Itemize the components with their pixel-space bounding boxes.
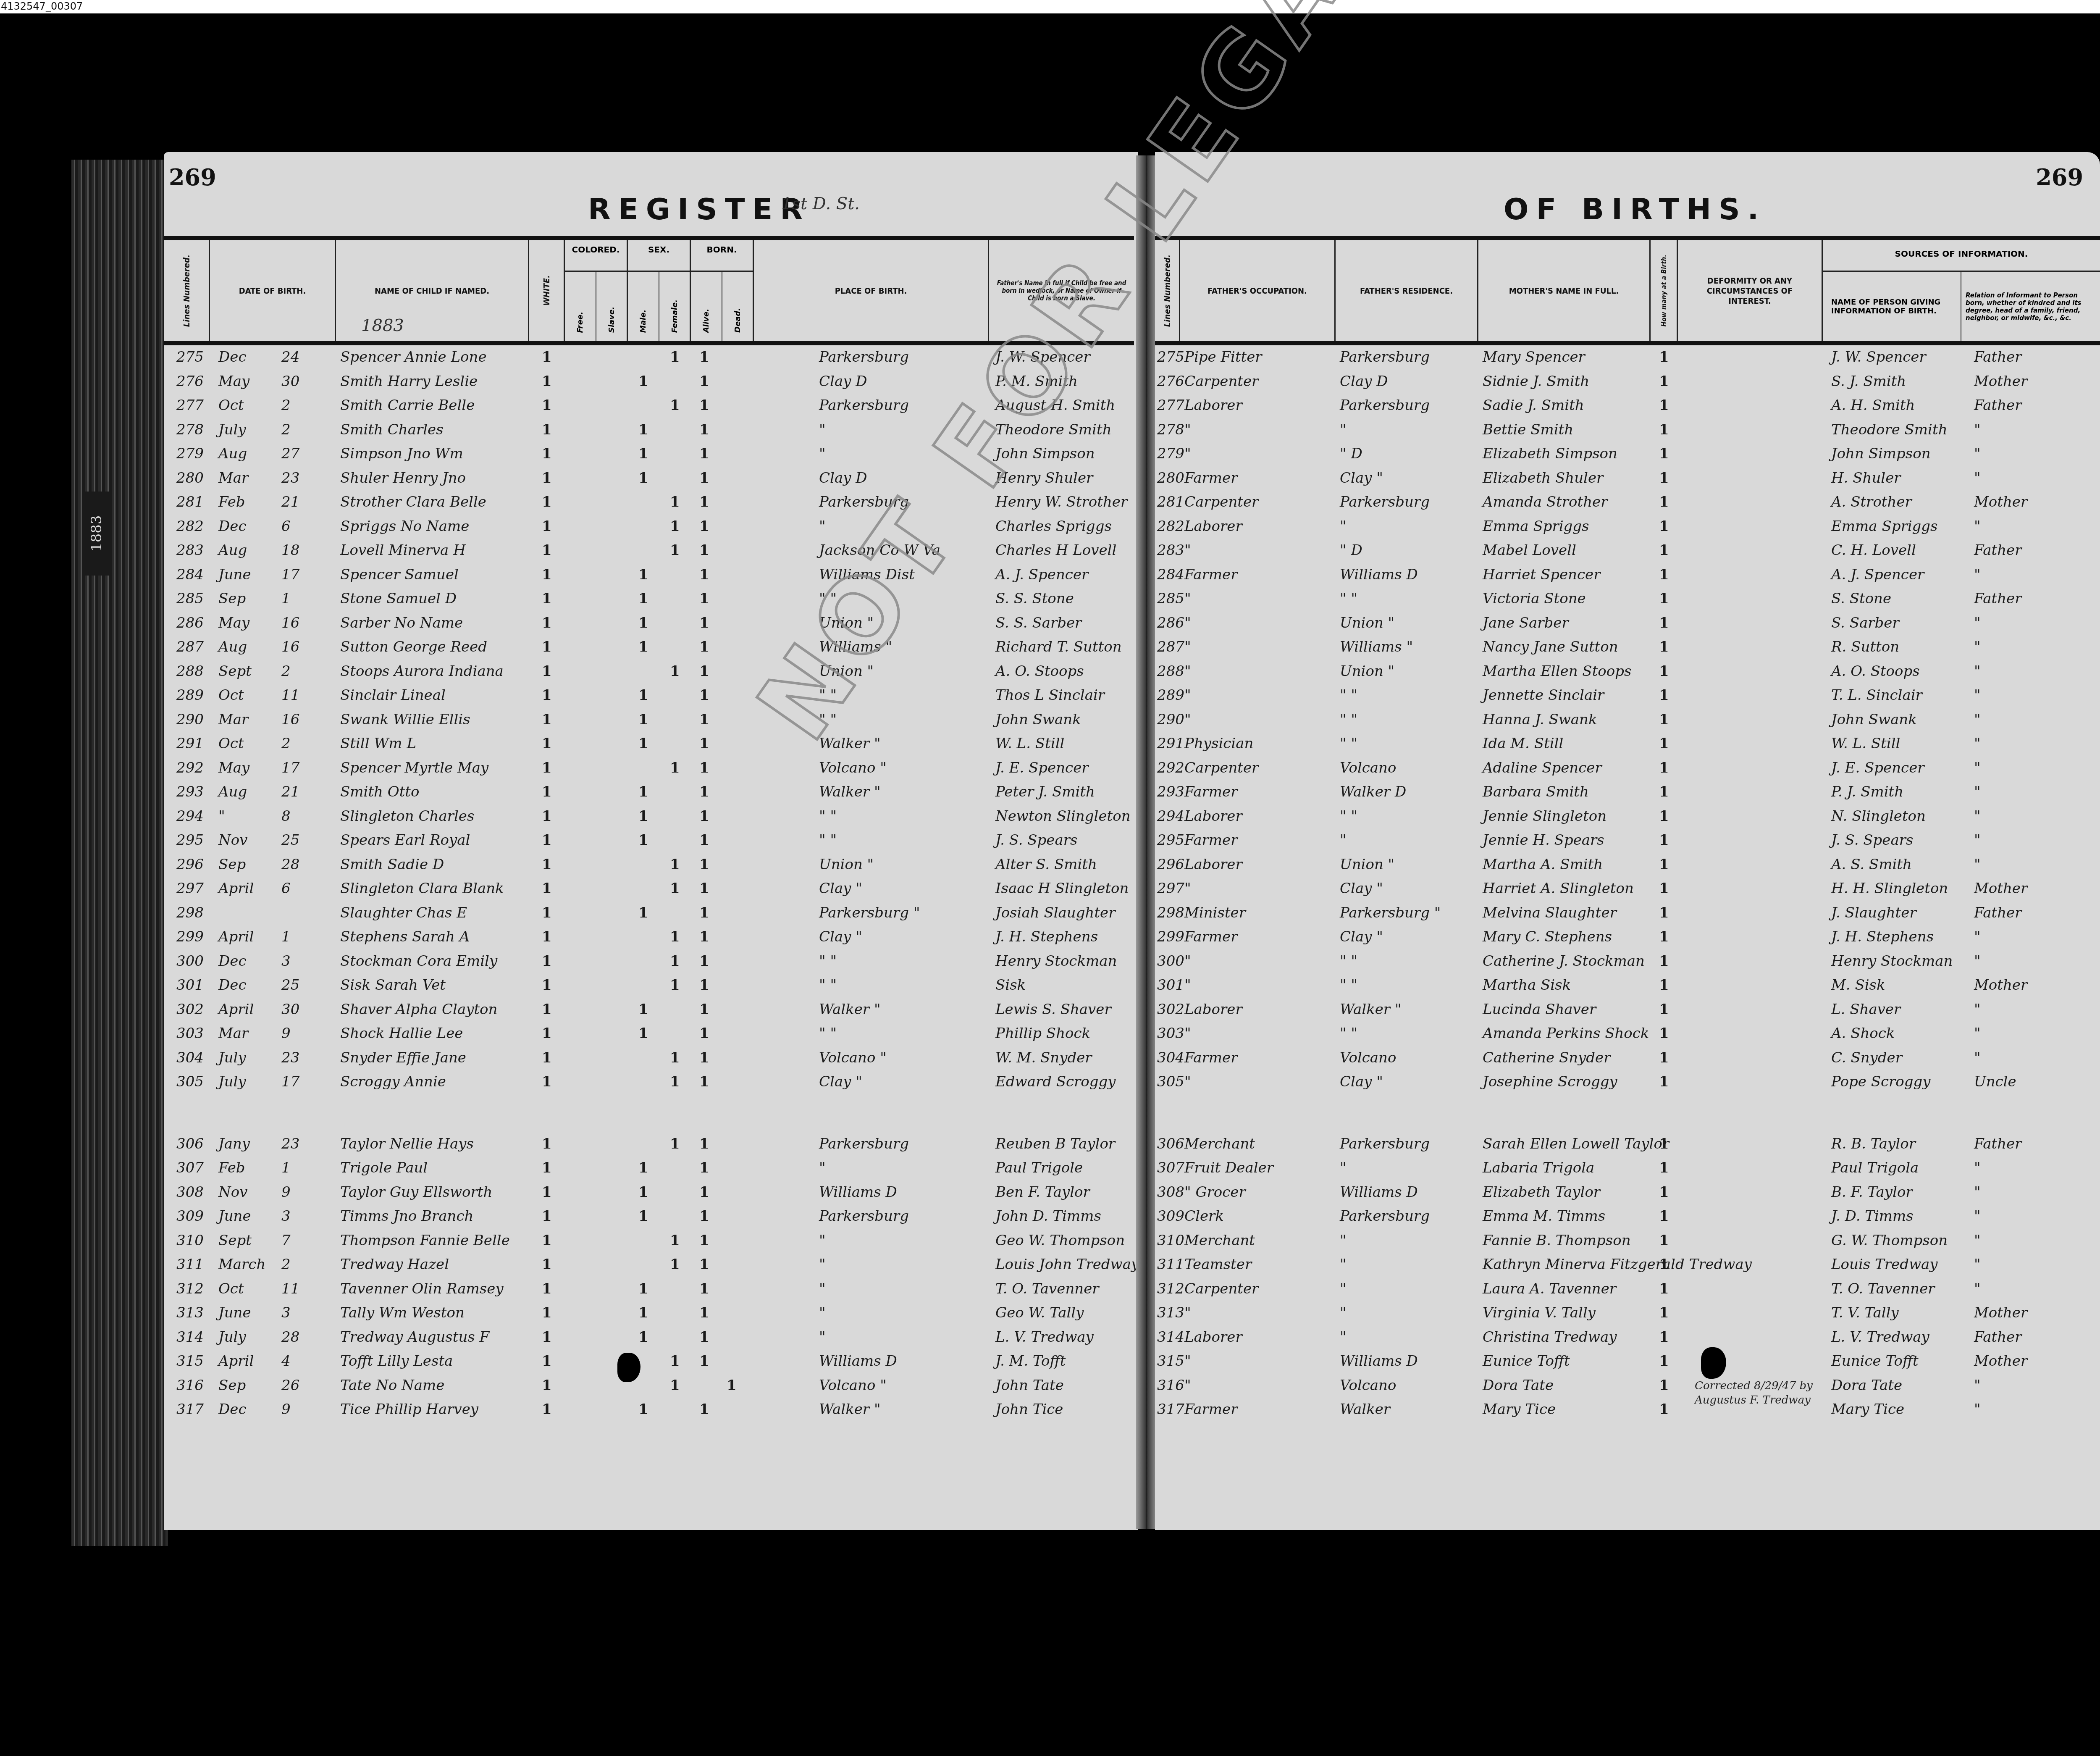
cell-informant-name: T. O. Tavenner xyxy=(1831,1280,1935,1297)
cell-line-number: 277 xyxy=(1157,397,1184,414)
cell-child-name: Smith Harry Leslie xyxy=(340,373,478,390)
cell-child-name: Smith Carrie Belle xyxy=(340,397,475,414)
cell-father-name: S. S. Stone xyxy=(995,590,1074,607)
cell-mother-name: Sadie J. Smith xyxy=(1483,397,1584,414)
cell-line-number: 300 xyxy=(176,953,204,970)
cell-informant-name: L. V. Tredway xyxy=(1831,1329,1929,1346)
cell-born-alive: 1 xyxy=(699,1136,709,1152)
cell-informant-relation: " xyxy=(1974,928,1981,945)
cell-birth-month: Dec xyxy=(218,518,246,535)
cell-place-of-birth: " xyxy=(819,1280,826,1297)
cell-white: 1 xyxy=(542,711,552,728)
cell-line-number: 302 xyxy=(1157,1001,1184,1018)
cell-white: 1 xyxy=(542,1280,552,1297)
cell-birth-month: Dec xyxy=(218,349,246,365)
cell-mother-name: Elizabeth Simpson xyxy=(1483,445,1617,462)
cell-mother-name: Nancy Jane Sutton xyxy=(1483,639,1618,655)
cell-father-occupation: Farmer xyxy=(1184,470,1237,486)
cell-child-name: Smith Otto xyxy=(340,783,419,800)
cell-birth-month: Dec xyxy=(218,1401,246,1418)
cell-sex-male: 1 xyxy=(638,373,648,390)
cell-father-name: Charles H Lovell xyxy=(995,542,1116,559)
cell-informant-relation: Mother xyxy=(1974,1304,2027,1321)
cell-line-number: 306 xyxy=(176,1136,204,1152)
cell-white: 1 xyxy=(542,832,552,849)
cell-sex-male: 1 xyxy=(638,445,648,462)
cell-white: 1 xyxy=(542,1377,552,1394)
cell-birth-day: 9 xyxy=(281,1025,291,1042)
cell-informant-relation: Father xyxy=(1974,349,2022,365)
cell-line-number: 284 xyxy=(1157,566,1184,583)
right-header-row: Lines Numbered. FATHER'S OCCUPATION. FAT… xyxy=(1155,236,2100,345)
cell-white: 1 xyxy=(542,615,552,631)
cell-white: 1 xyxy=(542,760,552,776)
cell-born-alive: 1 xyxy=(699,590,709,607)
cell-births-count: 1 xyxy=(1659,470,1669,486)
cell-born-alive: 1 xyxy=(699,639,709,655)
cell-informant-relation: Father xyxy=(1974,397,2022,414)
cell-informant-name: John Swank xyxy=(1831,711,1917,728)
cell-father-residence: " xyxy=(1340,1256,1347,1273)
cell-born-alive: 1 xyxy=(699,1256,709,1273)
cell-mother-name: Elizabeth Taylor xyxy=(1483,1184,1600,1201)
cell-mother-name: Harriet Spencer xyxy=(1483,566,1600,583)
cell-line-number: 309 xyxy=(1157,1208,1184,1225)
cell-birth-day: 7 xyxy=(281,1232,291,1249)
cell-place-of-birth: Walker " xyxy=(819,1001,881,1018)
cell-sex-female: 1 xyxy=(670,397,680,414)
cell-born-dead: 1 xyxy=(727,1377,737,1394)
cell-birth-day: 30 xyxy=(281,1001,299,1018)
cell-line-number: 291 xyxy=(176,735,204,752)
cell-sex-male: 1 xyxy=(638,1329,648,1346)
cell-place-of-birth: " xyxy=(819,518,826,535)
cell-born-alive: 1 xyxy=(699,735,709,752)
cell-births-count: 1 xyxy=(1659,760,1669,776)
cell-father-name: Geo W. Tally xyxy=(995,1304,1084,1321)
cell-father-residence: Parkersburg xyxy=(1340,1208,1430,1225)
cell-child-name: Spencer Annie Lone xyxy=(340,349,487,365)
cell-child-name: Thompson Fannie Belle xyxy=(340,1232,510,1249)
cell-informant-name: J. D. Timms xyxy=(1831,1208,1914,1225)
header-female: Female. xyxy=(659,271,691,341)
cell-birth-month: Feb xyxy=(218,494,245,510)
cell-child-name: Taylor Nellie Hays xyxy=(340,1136,474,1152)
cell-father-occupation: " xyxy=(1184,687,1191,704)
cell-father-residence: Union " xyxy=(1340,663,1394,680)
cell-informant-relation: " xyxy=(1974,1025,1981,1042)
cell-birth-day: 17 xyxy=(281,566,299,583)
cell-line-number: 311 xyxy=(1157,1256,1184,1273)
cell-father-name: T. O. Tavenner xyxy=(995,1280,1099,1297)
cell-informant-relation: " xyxy=(1974,783,1981,800)
cell-birth-day: 9 xyxy=(281,1401,291,1418)
cell-place-of-birth: Clay " xyxy=(819,1073,862,1090)
cell-birth-month: Aug xyxy=(218,542,247,559)
cell-line-number: 283 xyxy=(176,542,204,559)
cell-father-residence: " " xyxy=(1340,735,1357,752)
cell-informant-name: S. J. Smith xyxy=(1831,373,1906,390)
cell-born-alive: 1 xyxy=(699,470,709,486)
book-edge-left xyxy=(71,160,168,1546)
cell-child-name: Tate No Name xyxy=(340,1377,444,1394)
cell-father-name: Thos L Sinclair xyxy=(995,687,1105,704)
cell-white: 1 xyxy=(542,808,552,825)
cell-father-name: John Tice xyxy=(995,1401,1063,1418)
cell-line-number: 314 xyxy=(176,1329,204,1346)
cell-child-name: Spears Earl Royal xyxy=(340,832,470,849)
cell-white: 1 xyxy=(542,639,552,655)
cell-child-name: Simpson Jno Wm xyxy=(340,445,463,462)
cell-white: 1 xyxy=(542,566,552,583)
cell-white: 1 xyxy=(542,1208,552,1225)
cell-mother-name: Dora Tate xyxy=(1483,1377,1554,1394)
cell-place-of-birth: Volcano " xyxy=(819,1377,887,1394)
cell-child-name: Tally Wm Weston xyxy=(340,1304,465,1321)
cell-line-number: 316 xyxy=(1157,1377,1184,1394)
cell-born-alive: 1 xyxy=(699,904,709,921)
cell-line-number: 306 xyxy=(1157,1136,1184,1152)
cell-born-alive: 1 xyxy=(699,1329,709,1346)
cell-birth-day: 24 xyxy=(281,349,299,365)
cell-mother-name: Jennie H. Spears xyxy=(1483,832,1604,849)
cell-births-count: 1 xyxy=(1659,856,1669,873)
cell-line-number: 288 xyxy=(1157,663,1184,680)
cell-father-name: Isaac H Slingleton xyxy=(995,880,1129,897)
cell-father-occupation: Minister xyxy=(1184,904,1246,921)
cell-informant-name: L. Shaver xyxy=(1831,1001,1900,1018)
cell-informant-name: S. Stone xyxy=(1831,590,1891,607)
cell-father-residence: Clay " xyxy=(1340,1073,1383,1090)
cell-mother-name: Ida M. Still xyxy=(1483,735,1563,752)
header-white: WHITE. xyxy=(529,240,565,341)
cell-father-residence: Williams D xyxy=(1340,1184,1418,1201)
cell-sex-female: 1 xyxy=(670,1073,680,1090)
cell-informant-name: S. Sarber xyxy=(1831,615,1899,631)
cell-white: 1 xyxy=(542,880,552,897)
cell-line-number: 285 xyxy=(176,590,204,607)
cell-father-residence: " xyxy=(1340,1280,1347,1297)
cell-line-number: 292 xyxy=(1157,760,1184,776)
cell-birth-day: 28 xyxy=(281,856,299,873)
cell-line-number: 292 xyxy=(176,760,204,776)
cell-sex-male: 1 xyxy=(638,904,648,921)
cell-place-of-birth: Volcano " xyxy=(819,760,887,776)
cell-line-number: 278 xyxy=(176,421,204,438)
cell-mother-name: Mary C. Stephens xyxy=(1483,928,1612,945)
cell-white: 1 xyxy=(542,928,552,945)
cell-child-name: Scroggy Annie xyxy=(340,1073,446,1090)
cell-born-alive: 1 xyxy=(699,711,709,728)
cell-line-number: 317 xyxy=(1157,1401,1184,1418)
cell-child-name: Trigole Paul xyxy=(340,1159,428,1176)
cell-informant-relation: " xyxy=(1974,445,1981,462)
cell-father-occupation: Farmer xyxy=(1184,928,1237,945)
title-annotation: 1st D. St. xyxy=(781,194,860,213)
cell-place-of-birth: Parkersburg xyxy=(819,1208,909,1225)
header-relation: Relation of Informant to Person born, wh… xyxy=(1961,271,2100,341)
cell-child-name: Spencer Samuel xyxy=(340,566,459,583)
cell-births-count: 1 xyxy=(1659,711,1669,728)
cell-line-number: 310 xyxy=(1157,1232,1184,1249)
cell-births-count: 1 xyxy=(1659,590,1669,607)
cell-line-number: 303 xyxy=(176,1025,204,1042)
cell-line-number: 283 xyxy=(1157,542,1184,559)
cell-birth-day: 2 xyxy=(281,735,291,752)
cell-mother-name: Martha Sisk xyxy=(1483,977,1571,994)
cell-informant-name: Paul Trigola xyxy=(1831,1159,1919,1176)
cell-line-number: 275 xyxy=(1157,349,1184,365)
cell-births-count: 1 xyxy=(1659,977,1669,994)
cell-sex-female: 1 xyxy=(670,928,680,945)
cell-white: 1 xyxy=(542,977,552,994)
book-gutter xyxy=(1136,155,1157,1529)
cell-mother-name: Catherine Snyder xyxy=(1483,1049,1610,1066)
cell-birth-day: 6 xyxy=(281,880,291,897)
cell-line-number: 297 xyxy=(176,880,204,897)
cell-births-count: 1 xyxy=(1659,808,1669,825)
cell-father-residence: " " xyxy=(1340,1025,1357,1042)
right-page: 269 OF BIRTHS. Lines Numbered. FATHER'S … xyxy=(1155,152,2100,1530)
cell-born-alive: 1 xyxy=(699,832,709,849)
cell-birth-month: Sept xyxy=(218,663,252,680)
cell-father-residence: Parkersburg xyxy=(1340,397,1430,414)
cell-births-count: 1 xyxy=(1659,1232,1669,1249)
cell-child-name: Slingleton Clara Blank xyxy=(340,880,504,897)
cell-birth-month: April xyxy=(218,880,254,897)
cell-birth-month: Aug xyxy=(218,445,247,462)
cell-child-name: Slaughter Chas E xyxy=(340,904,467,921)
cell-birth-month: May xyxy=(218,615,249,631)
cell-informant-relation: " xyxy=(1974,953,1981,970)
cell-father-occupation: " Grocer xyxy=(1184,1184,1246,1201)
cell-white: 1 xyxy=(542,1025,552,1042)
cell-mother-name: Virginia V. Tally xyxy=(1483,1304,1596,1321)
cell-informant-relation: " xyxy=(1974,735,1981,752)
cell-father-name: J. S. Spears xyxy=(995,832,1077,849)
cell-informant-name: A. Strother xyxy=(1831,494,1912,510)
cell-birth-day: 23 xyxy=(281,470,299,486)
cell-white: 1 xyxy=(542,590,552,607)
cell-line-number: 281 xyxy=(176,494,204,510)
image-label-bar: 4132547_00307 xyxy=(0,0,2100,13)
cell-informant-relation: Father xyxy=(1974,904,2022,921)
cell-birth-month: Dec xyxy=(218,977,246,994)
cell-child-name: Stockman Cora Emily xyxy=(340,953,497,970)
cell-birth-month: July xyxy=(218,1049,246,1066)
header-dead: Dead. xyxy=(722,271,754,341)
cell-father-residence: Parkersburg xyxy=(1340,494,1430,510)
cell-sex-male: 1 xyxy=(638,1159,648,1176)
cell-line-number: 288 xyxy=(176,663,204,680)
cell-sex-male: 1 xyxy=(638,590,648,607)
cell-line-number: 316 xyxy=(176,1377,204,1394)
cell-sex-male: 1 xyxy=(638,808,648,825)
cell-father-name: Newton Slingleton xyxy=(995,808,1131,825)
cell-line-number: 309 xyxy=(176,1208,204,1225)
cell-father-occupation: " xyxy=(1184,977,1191,994)
cell-born-alive: 1 xyxy=(699,1073,709,1090)
cell-informant-name: J. W. Spencer xyxy=(1831,349,1926,365)
cell-birth-month: Aug xyxy=(218,783,247,800)
cell-mother-name: Sidnie J. Smith xyxy=(1483,373,1589,390)
cell-birth-day: 23 xyxy=(281,1136,299,1152)
cell-birth-month: Aug xyxy=(218,639,247,655)
cell-child-name: Snyder Effie Jane xyxy=(340,1049,466,1066)
cell-line-number: 312 xyxy=(176,1280,204,1297)
header-year: 1883 xyxy=(361,316,404,335)
cell-births-count: 1 xyxy=(1659,783,1669,800)
cell-line-number: 294 xyxy=(1157,808,1184,825)
cell-born-alive: 1 xyxy=(699,349,709,365)
cell-father-residence: " xyxy=(1340,421,1347,438)
cell-white: 1 xyxy=(542,470,552,486)
cell-father-residence: Parkersburg xyxy=(1340,349,1430,365)
cell-child-name: Slingleton Charles xyxy=(340,808,474,825)
cell-white: 1 xyxy=(542,1073,552,1090)
cell-informant-name: R. B. Taylor xyxy=(1831,1136,1916,1152)
header-sources-group: SOURCES OF INFORMATION. NAME OF PERSON G… xyxy=(1823,240,2100,341)
cell-mother-name: Elizabeth Shuler xyxy=(1483,470,1603,486)
cell-white: 1 xyxy=(542,1232,552,1249)
cell-father-residence: " " xyxy=(1340,711,1357,728)
cell-place-of-birth: Union " xyxy=(819,856,874,873)
cell-born-alive: 1 xyxy=(699,856,709,873)
cell-informant-name: N. Slingleton xyxy=(1831,808,1926,825)
cell-father-residence: " xyxy=(1340,1329,1347,1346)
cell-births-count: 1 xyxy=(1659,1159,1669,1176)
cell-born-alive: 1 xyxy=(699,1159,709,1176)
cell-father-name: Reuben B Taylor xyxy=(995,1136,1115,1152)
cell-father-occupation: Pipe Fitter xyxy=(1184,349,1262,365)
cell-father-occupation: " xyxy=(1184,1025,1191,1042)
cell-father-occupation: Farmer xyxy=(1184,1401,1237,1418)
cell-births-count: 1 xyxy=(1659,518,1669,535)
cell-births-count: 1 xyxy=(1659,1353,1669,1370)
cell-born-alive: 1 xyxy=(699,783,709,800)
cell-sex-female: 1 xyxy=(670,663,680,680)
cell-father-name: Paul Trigole xyxy=(995,1159,1083,1176)
cell-birth-month: April xyxy=(218,1353,254,1370)
cell-birth-month: July xyxy=(218,421,246,438)
cell-births-count: 1 xyxy=(1659,1208,1669,1225)
cell-child-name: Tofft Lilly Lesta xyxy=(340,1353,453,1370)
cell-born-alive: 1 xyxy=(699,1280,709,1297)
cell-line-number: 304 xyxy=(1157,1049,1184,1066)
cell-mother-name: Barbara Smith xyxy=(1483,783,1589,800)
cell-birth-month: April xyxy=(218,1001,254,1018)
cell-birth-day: 6 xyxy=(281,518,291,535)
cell-informant-name: W. L. Still xyxy=(1831,735,1900,752)
cell-births-count: 1 xyxy=(1659,1073,1669,1090)
image-id: 4132547_00307 xyxy=(1,0,83,13)
cell-birth-day: 28 xyxy=(281,1329,299,1346)
cell-informant-relation: " xyxy=(1974,421,1981,438)
cell-place-of-birth: " " xyxy=(819,977,837,994)
cell-child-name: Spencer Myrtle May xyxy=(340,760,488,776)
cell-sex-female: 1 xyxy=(670,1232,680,1249)
cell-birth-month: Sep xyxy=(218,856,246,873)
cell-born-alive: 1 xyxy=(699,1208,709,1225)
cell-father-occupation: Farmer xyxy=(1184,832,1237,849)
cell-line-number: 315 xyxy=(176,1353,204,1370)
cell-births-count: 1 xyxy=(1659,1329,1669,1346)
cell-born-alive: 1 xyxy=(699,663,709,680)
cell-father-occupation: " xyxy=(1184,953,1191,970)
cell-informant-name: A. Shock xyxy=(1831,1025,1895,1042)
cell-birth-month: June xyxy=(218,1304,251,1321)
cell-father-occupation: " xyxy=(1184,1073,1191,1090)
cell-father-occupation: Farmer xyxy=(1184,783,1237,800)
cell-line-number: 282 xyxy=(1157,518,1184,535)
cell-place-of-birth: " xyxy=(819,1256,826,1273)
cell-informant-relation: Mother xyxy=(1974,494,2027,510)
cell-father-name: Geo W. Thompson xyxy=(995,1232,1125,1249)
cell-birth-day: 30 xyxy=(281,373,299,390)
cell-birth-day: 21 xyxy=(281,783,299,800)
cell-birth-month: Dec xyxy=(218,953,246,970)
cell-born-alive: 1 xyxy=(699,1353,709,1370)
cell-line-number: 298 xyxy=(1157,904,1184,921)
cell-births-count: 1 xyxy=(1659,542,1669,559)
cell-born-alive: 1 xyxy=(699,542,709,559)
cell-births-count: 1 xyxy=(1659,904,1669,921)
header-colored-group: COLORED. Free. Slave. xyxy=(565,240,628,341)
left-header-row: Lines Numbered. DATE OF BIRTH. NAME OF C… xyxy=(164,236,1134,345)
cell-sex-male: 1 xyxy=(638,639,648,655)
cell-births-count: 1 xyxy=(1659,735,1669,752)
cell-informant-name: J. H. Stephens xyxy=(1831,928,1934,945)
header-date-of-birth: DATE OF BIRTH. xyxy=(210,240,336,341)
cell-birth-day: 8 xyxy=(281,808,291,825)
cell-father-residence: Walker D xyxy=(1340,783,1406,800)
cell-mother-name: Martha A. Smith xyxy=(1483,856,1603,873)
cell-sex-male: 1 xyxy=(638,1401,648,1418)
cell-sex-male: 1 xyxy=(638,1280,648,1297)
cell-line-number: 305 xyxy=(176,1073,204,1090)
cell-informant-relation: " xyxy=(1974,832,1981,849)
header-fathers-residence: FATHER'S RESIDENCE. xyxy=(1336,240,1478,341)
cell-white: 1 xyxy=(542,953,552,970)
cell-birth-month: Sept xyxy=(218,1232,252,1249)
cell-line-number: 313 xyxy=(1157,1304,1184,1321)
cell-father-residence: " D xyxy=(1340,445,1362,462)
cell-line-number: 290 xyxy=(176,711,204,728)
header-free: Free. xyxy=(565,271,596,341)
cell-birth-day: 18 xyxy=(281,542,299,559)
cell-born-alive: 1 xyxy=(699,1025,709,1042)
cell-births-count: 1 xyxy=(1659,1049,1669,1066)
cell-sex-female: 1 xyxy=(670,856,680,873)
cell-white: 1 xyxy=(542,421,552,438)
cell-father-occupation: Carpenter xyxy=(1184,1280,1258,1297)
cell-father-occupation: Laborer xyxy=(1184,1329,1242,1346)
cell-line-number: 308 xyxy=(176,1184,204,1201)
cell-born-alive: 1 xyxy=(699,1401,709,1418)
cell-line-number: 276 xyxy=(176,373,204,390)
cell-birth-day: 26 xyxy=(281,1377,299,1394)
cell-father-occupation: " xyxy=(1184,421,1191,438)
cell-place-of-birth: Clay D xyxy=(819,373,867,390)
cell-mother-name: Eunice Tofft xyxy=(1483,1353,1570,1370)
cell-father-occupation: Fruit Dealer xyxy=(1184,1159,1273,1176)
cell-child-name: Stephens Sarah A xyxy=(340,928,470,945)
cell-father-residence: " xyxy=(1340,518,1347,535)
cell-white: 1 xyxy=(542,1256,552,1273)
cell-mother-name: Catherine J. Stockman xyxy=(1483,953,1645,970)
cell-father-occupation: Carpenter xyxy=(1184,494,1258,510)
cell-place-of-birth: " " xyxy=(819,832,837,849)
